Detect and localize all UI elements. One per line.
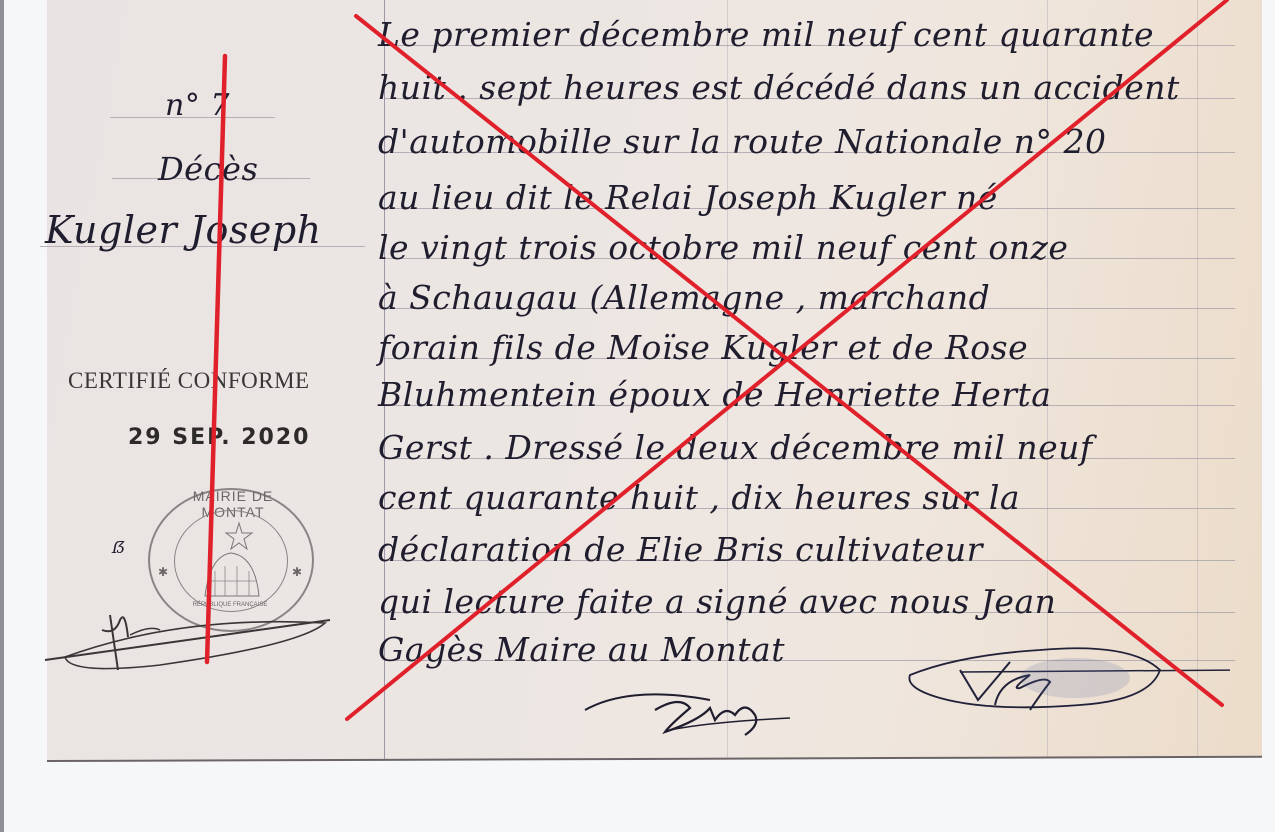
margin-strike-line [207, 56, 225, 662]
cross-out-line-1 [356, 16, 1222, 705]
cross-out-overlay [0, 0, 1275, 832]
cross-out-line-2 [347, 0, 1227, 719]
